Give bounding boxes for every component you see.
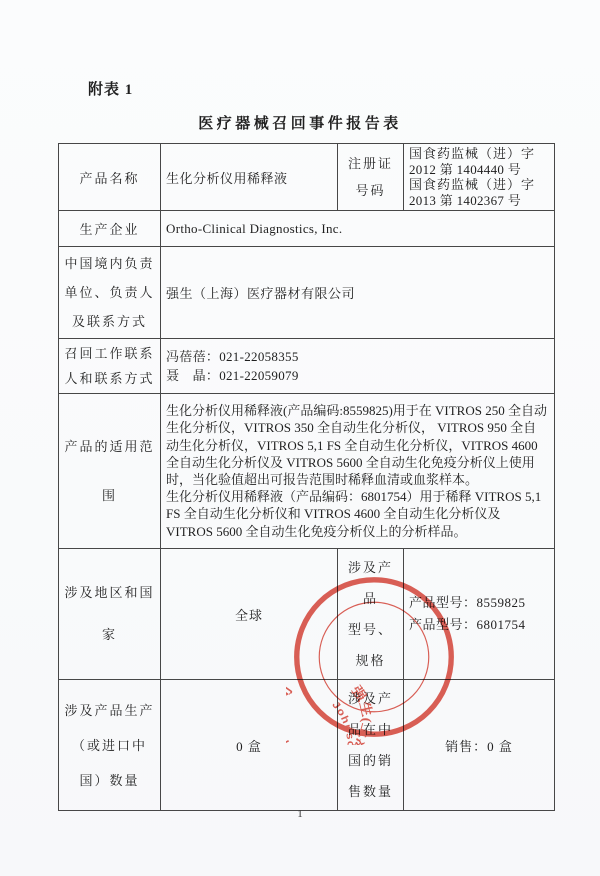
document-title: 医疗器械召回事件报告表 (0, 112, 600, 133)
row-scope: 产品的适用范 围 生化分析仪用稀释液(产品编码:8559825)用于在 VITR… (59, 394, 555, 549)
sales-qty-value: 销售：0 盒 (404, 680, 555, 811)
annex-label: 附表 1 (88, 78, 133, 99)
recall-contact-value: 冯蓓蓓：021-22058355 聂 晶：021-22059079 (161, 339, 555, 394)
registration-value: 国食药监械（进）字 2012 第 1404440 号 国食药监械（进）字 201… (404, 144, 555, 211)
scope-value: 生化分析仪用稀释液(产品编码:8559825)用于在 VITROS 250 全自… (161, 394, 555, 549)
row-recall-contact: 召回工作联系 人和联系方式 冯蓓蓓：021-22058355 聂 晶：021-2… (59, 339, 555, 394)
china-agent-label: 中国境内负责 单位、负责人 及联系方式 (59, 247, 161, 339)
recall-contact-label: 召回工作联系 人和联系方式 (59, 339, 161, 394)
row-product-name: 产品名称 生化分析仪用稀释液 注册证 号码 国食药监械（进）字 2012 第 1… (59, 144, 555, 211)
models-label: 涉及产 品 型号、 规格 (338, 549, 404, 680)
production-qty-value: 0 盒 (161, 680, 338, 811)
manufacturer-label: 生产企业 (59, 211, 161, 247)
scanned-report-page: 附表 1 医疗器械召回事件报告表 产品名称 生化分析仪用稀释液 注册证 号码 国… (0, 0, 600, 876)
row-china-agent: 中国境内负责 单位、负责人 及联系方式 强生（上海）医疗器材有限公司 (59, 247, 555, 339)
registration-label: 注册证 号码 (338, 144, 404, 211)
models-value: 产品型号：8559825 产品型号：6801754 (404, 549, 555, 680)
row-manufacturer: 生产企业 Ortho-Clinical Diagnostics, Inc. (59, 211, 555, 247)
manufacturer-value: Ortho-Clinical Diagnostics, Inc. (161, 211, 555, 247)
product-name-label: 产品名称 (59, 144, 161, 211)
scope-label: 产品的适用范 围 (59, 394, 161, 549)
scope-paragraph-2: 生化分析仪用稀释液（产品编码：6801754）用于稀释 VITROS 5,1 F… (166, 488, 549, 540)
product-name-value: 生化分析仪用稀释液 (161, 144, 338, 211)
row-regions-models: 涉及地区和国 家 全球 涉及产 品 型号、 规格 产品型号：8559825 产品… (59, 549, 555, 680)
production-qty-label: 涉及产品生产 （或进口中 国）数量 (59, 680, 161, 811)
china-agent-value: 强生（上海）医疗器材有限公司 (161, 247, 555, 339)
page-number: 1 (0, 808, 600, 820)
regions-label: 涉及地区和国 家 (59, 549, 161, 680)
scope-paragraph-1: 生化分析仪用稀释液(产品编码:8559825)用于在 VITROS 250 全自… (166, 402, 549, 488)
sales-qty-label: 涉及产 品在中 国的销 售数量 (338, 680, 404, 811)
row-quantities: 涉及产品生产 （或进口中 国）数量 0 盒 涉及产 品在中 国的销 售数量 销售… (59, 680, 555, 811)
regions-value: 全球 (161, 549, 338, 680)
recall-report-table: 产品名称 生化分析仪用稀释液 注册证 号码 国食药监械（进）字 2012 第 1… (58, 143, 555, 811)
